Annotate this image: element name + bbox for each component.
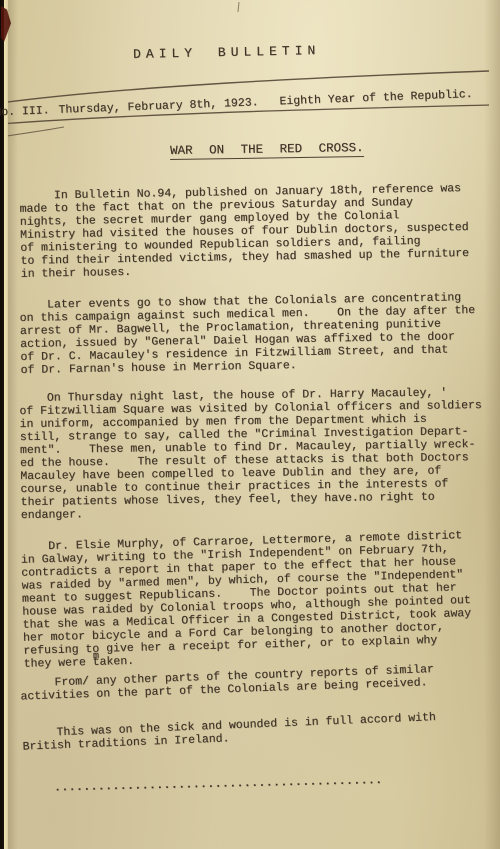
issue-date: Thursday, February 8th, 1923.	[58, 96, 258, 117]
headline-text: WAR ON THE RED CROSS.	[170, 141, 364, 160]
right-edge-shadow	[484, 0, 500, 849]
issue-year: Eighth Year of the Republic.	[279, 88, 473, 108]
dotted-terminator-line: ........................................…	[54, 774, 383, 794]
article-paragraph: This was on the sick and wounded is in f…	[22, 711, 437, 754]
article-paragraph: In Bulletin No.94, published on January …	[19, 182, 469, 281]
issue-number: No. III.	[0, 104, 50, 119]
bulletin-page: DAILY BULLETIN No. III. Thursday, Februa…	[0, 0, 500, 849]
page-edge-shadow	[8, 0, 18, 849]
article-paragraph: On Thursday night last, the house of Dr.…	[19, 386, 483, 522]
article-paragraph: Later events go to show that the Colonia…	[19, 291, 476, 377]
typed-insertion-mark: m	[93, 650, 99, 663]
article-headline: WAR ON THE RED CROSS.	[104, 129, 364, 172]
article-paragraph: Dr. Elsie Murphy, of Carraroe, Lettermor…	[20, 529, 472, 671]
masthead-title: DAILY BULLETIN	[133, 44, 320, 61]
issue-line: No. III. Thursday, February 8th, 1923. E…	[0, 88, 473, 119]
